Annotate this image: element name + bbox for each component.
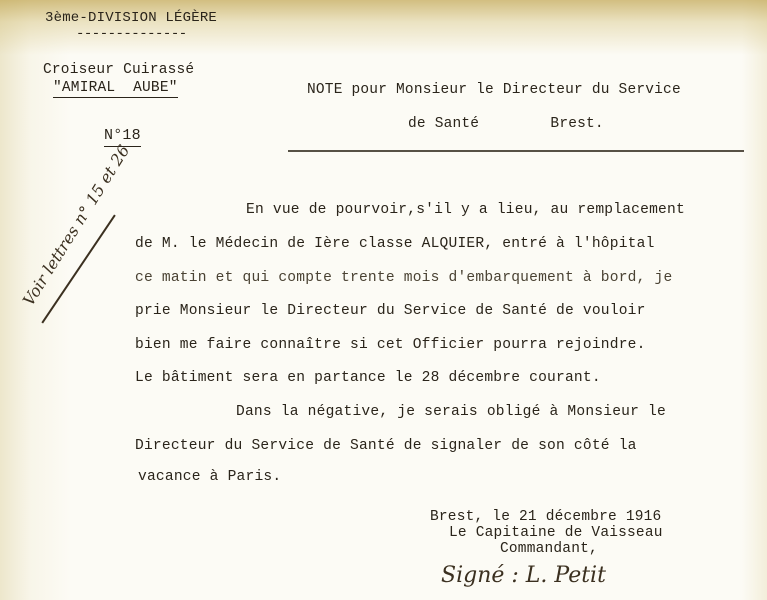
body-line: de M. le Médecin de Ière classe ALQUIER,… [135, 236, 655, 252]
body-line: Dans la négative, je serais obligé à Mon… [236, 404, 666, 420]
signature: Signé : L. Petit [441, 563, 606, 588]
body-line: En vue de pourvoir,s'il y a lieu, au rem… [246, 202, 685, 218]
body-line: Directeur du Service de Santé de signale… [135, 438, 637, 454]
body-line: ce matin et qui compte trente mois d'emb… [135, 270, 672, 286]
signatory-role: Commandant, [500, 541, 598, 557]
margin-annotation-text: Voir lettres n° 15 et 26 [19, 142, 133, 309]
body-line: prie Monsieur le Directeur du Service de… [135, 303, 646, 319]
document-page: 3ème-DIVISION LÉGÈRE -------------- Croi… [0, 0, 767, 600]
body-line: vacance à Paris. [138, 469, 281, 485]
horizontal-rule [288, 150, 744, 152]
addressee-line-1: NOTE pour Monsieur le Directeur du Servi… [307, 82, 681, 98]
division-underline: -------------- [76, 26, 187, 42]
place-date: Brest, le 21 décembre 1916 [430, 509, 661, 525]
body-line: bien me faire connaître si cet Officier … [135, 337, 646, 353]
ship-type: Croiseur Cuirassé [43, 62, 194, 78]
ship-name: "AMIRAL AUBE" [53, 80, 178, 98]
addressee-line-2: de Santé Brest. [408, 116, 604, 132]
division-heading: 3ème-DIVISION LÉGÈRE [45, 10, 217, 26]
signatory-title: Le Capitaine de Vaisseau [449, 525, 663, 541]
body-line: Le bâtiment sera en partance le 28 décem… [135, 370, 601, 386]
